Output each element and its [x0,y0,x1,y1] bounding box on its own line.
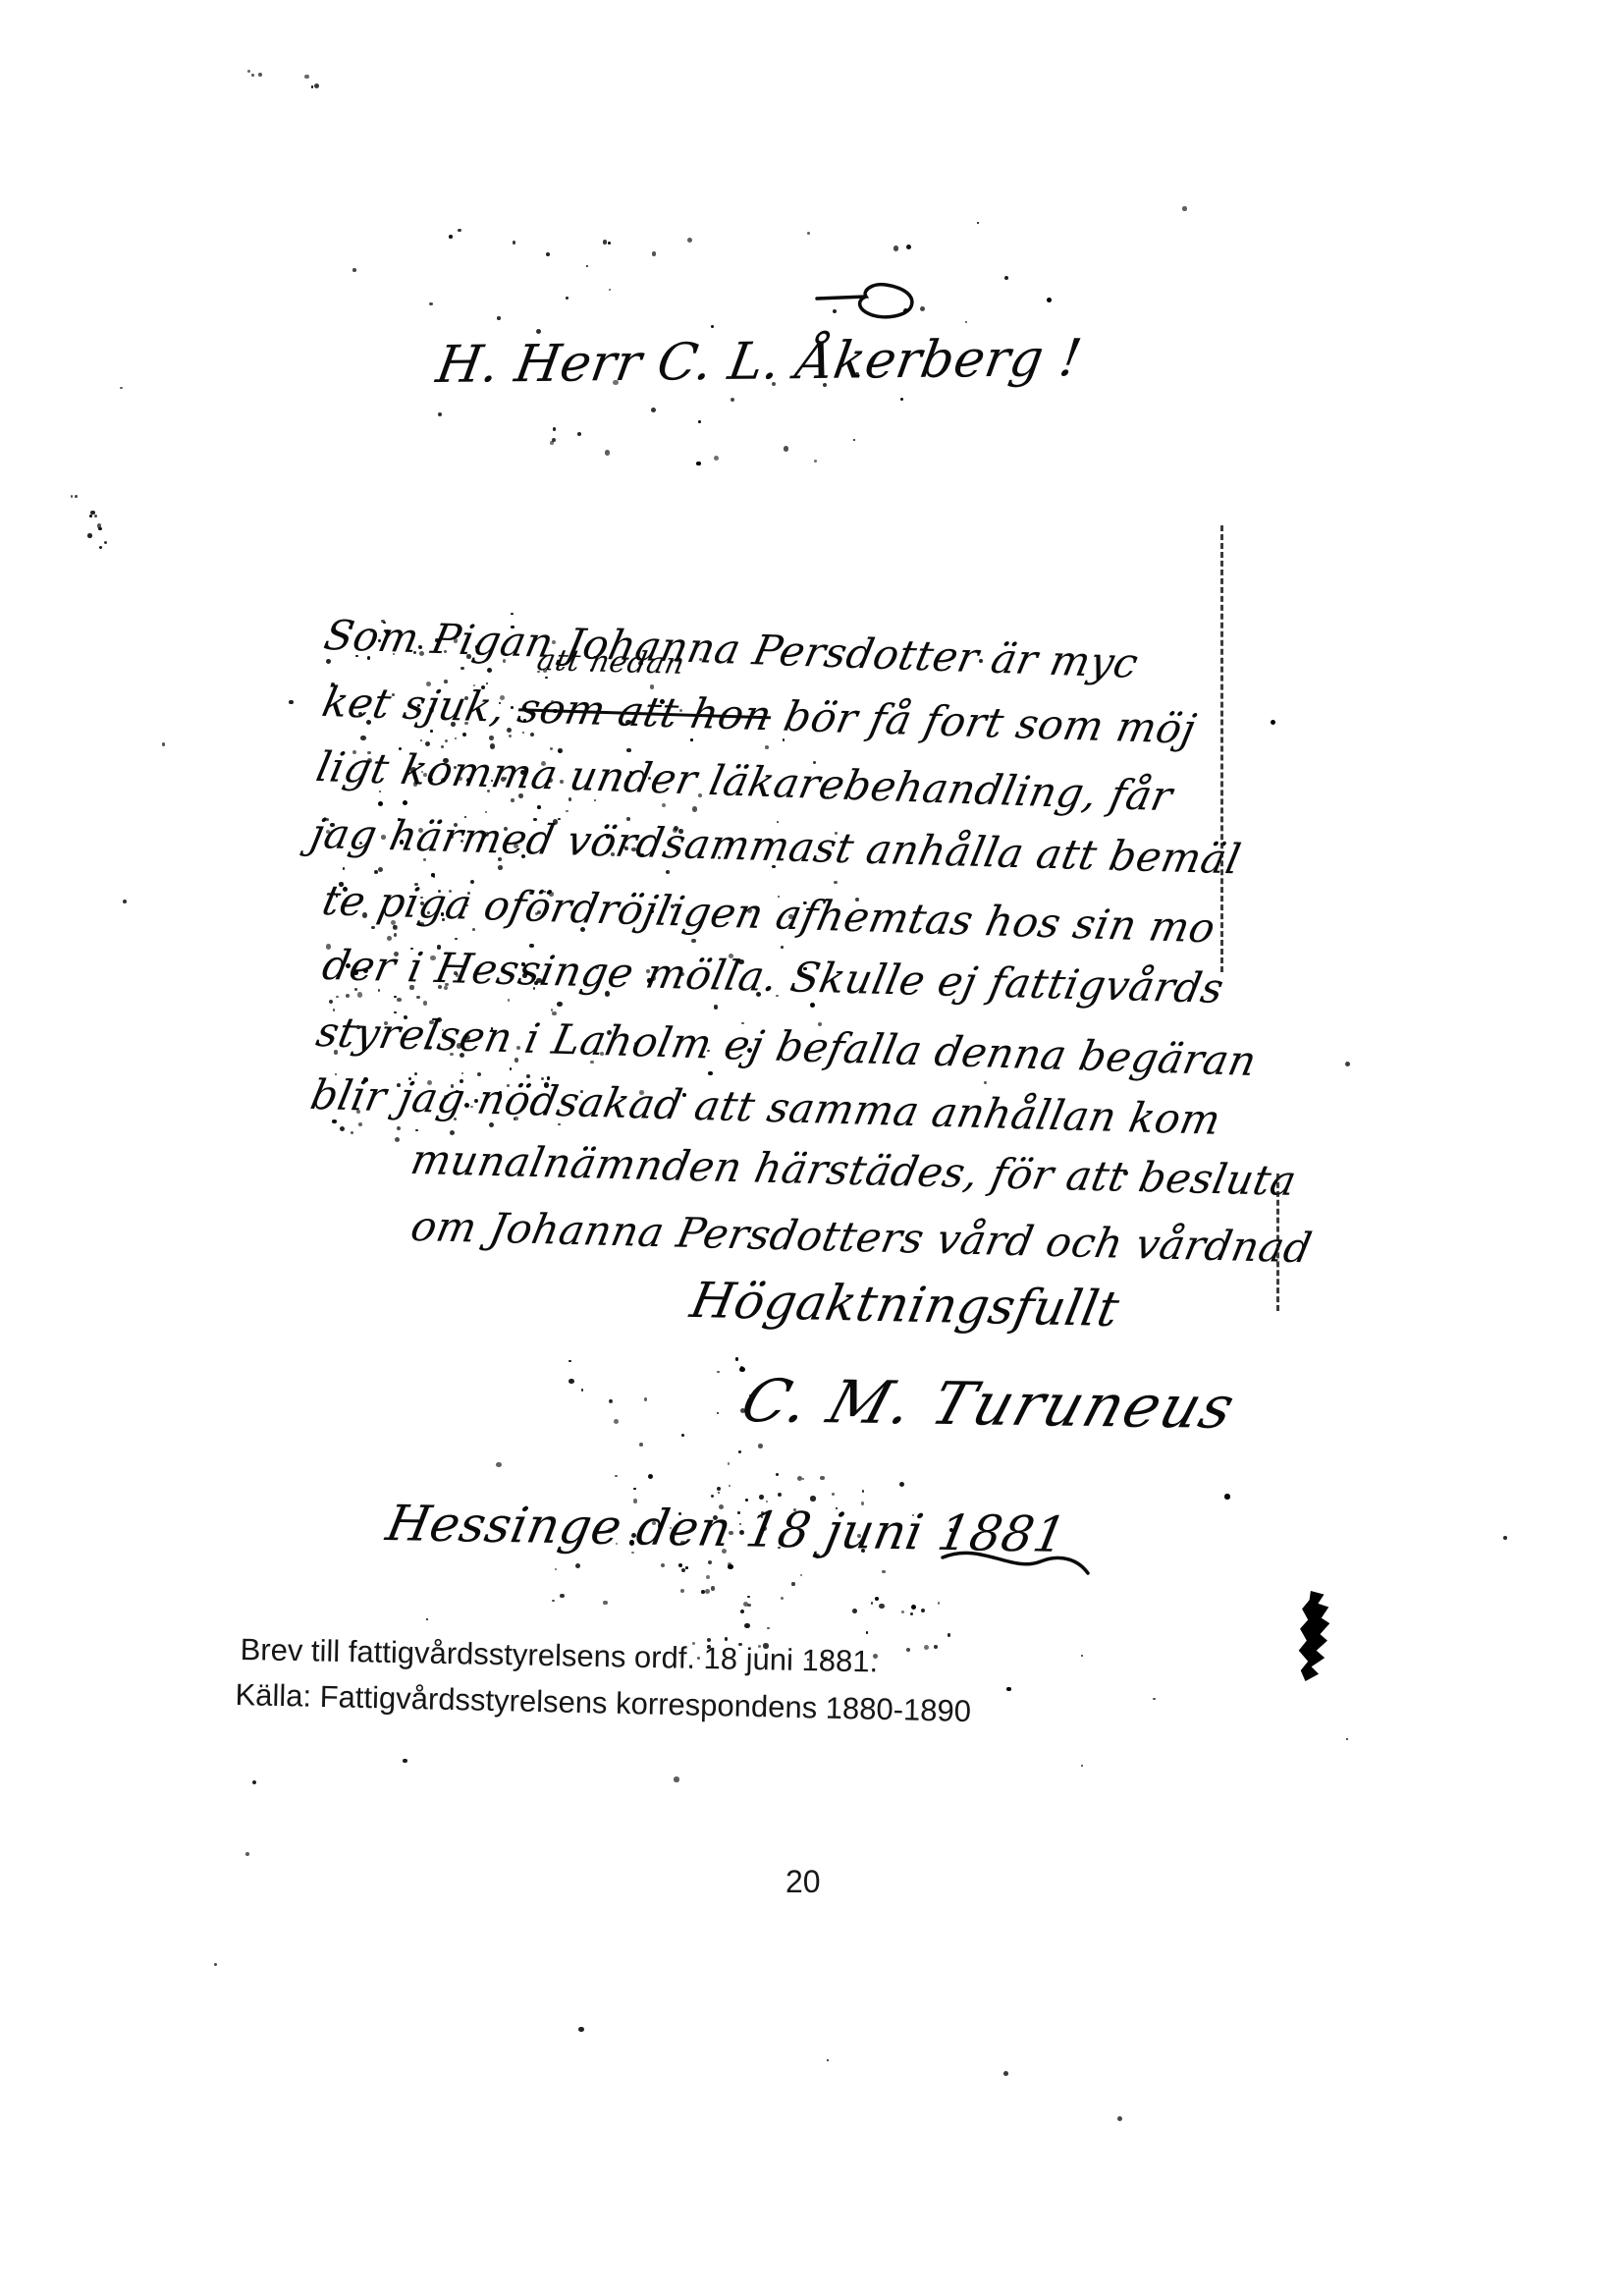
noise-speck [546,252,550,256]
noise-speck [356,1025,359,1028]
noise-speck [529,892,532,895]
noise-speck [331,683,335,686]
noise-speck [1006,1687,1010,1691]
noise-speck [793,1508,796,1511]
noise-speck [526,1074,530,1078]
noise-speck [104,541,107,544]
noise-speck [810,1496,815,1501]
letter-line: om Johanna Persdotters vård och vårdnad [411,1202,1312,1272]
caption-line-1: Brev till fattigvårdsstyrelsens ordf. 18… [240,1632,878,1679]
noise-speck [370,630,372,632]
noise-speck [352,766,354,769]
noise-speck [558,1114,560,1116]
noise-speck [464,696,468,700]
noise-speck [352,268,355,271]
noise-speck [711,1586,715,1590]
noise-speck [522,973,527,978]
noise-speck [711,1495,714,1498]
noise-speck [94,515,97,518]
noise-speck [508,999,510,1001]
noise-speck [449,235,453,239]
noise-speck [429,1020,434,1025]
noise-speck [924,1645,929,1650]
noise-speck [397,1083,401,1087]
noise-speck [460,1053,464,1058]
noise-speck [99,546,102,549]
noise-speck [457,1043,461,1048]
noise-speck [98,527,102,531]
noise-speck [557,1002,562,1007]
noise-speck [807,1659,809,1661]
noise-speck [505,777,507,779]
noise-speck [614,1419,619,1424]
noise-speck [360,736,365,740]
noise-speck [510,1067,513,1070]
noise-speck [638,661,643,666]
noise-speck [462,733,466,737]
noise-speck [394,933,398,937]
line-2-pre: ket sjuk, [318,678,523,732]
noise-speck [330,823,334,827]
noise-speck [1346,1738,1348,1740]
noise-speck [404,1015,407,1019]
letter-line: te piga ofördröjligen afhemtas hos sin m… [322,876,1216,953]
noise-speck [443,758,448,763]
noise-speck [882,1570,886,1574]
noise-speck [626,817,630,821]
noise-speck [650,909,654,913]
noise-speck [920,306,925,311]
noise-speck [533,987,535,989]
noise-speck [911,1605,916,1610]
noise-speck [378,989,381,992]
noise-speck [516,1046,520,1050]
noise-speck [815,1554,820,1558]
noise-speck [458,229,461,233]
noise-speck [403,1759,406,1763]
noise-speck [410,948,413,951]
noise-speck [251,74,254,77]
noise-speck [747,908,752,913]
noise-speck [333,1009,335,1010]
noise-speck [800,1574,802,1576]
noise-speck [425,741,430,746]
noise-speck [355,655,358,658]
noise-speck [629,771,632,774]
scan-artifact-dashed-line [1220,525,1223,972]
noise-speck [433,876,436,879]
noise-speck [934,1645,938,1649]
noise-speck [511,626,514,628]
noise-speck [832,1493,835,1496]
noise-speck [544,891,546,893]
noise-speck [717,1487,722,1492]
noise-speck [346,963,351,968]
noise-speck [740,1408,745,1413]
noise-speck [420,739,422,741]
noise-speck [1153,1698,1156,1701]
noise-speck [899,1482,904,1487]
noise-speck [358,1122,362,1126]
noise-speck [89,515,92,518]
noise-speck [314,83,319,88]
noise-speck [606,835,610,839]
noise-speck [763,1643,768,1648]
noise-speck [387,936,392,941]
noise-speck [718,1492,720,1494]
noise-speck [486,683,488,684]
noise-speck [521,854,525,858]
noise-speck [445,739,448,742]
noise-speck [553,427,557,431]
noise-speck [537,671,539,673]
noise-speck [711,325,714,328]
noise-speck [603,1601,607,1605]
noise-speck [640,853,643,856]
noise-speck [912,1514,914,1516]
noise-speck [575,1563,580,1568]
noise-speck [498,865,503,870]
noise-speck [514,1058,518,1062]
noise-speck [511,613,514,616]
noise-speck [513,241,515,244]
noise-speck [671,904,675,908]
noise-speck [901,1611,903,1612]
noise-speck [608,242,611,245]
noise-speck [398,818,401,821]
noise-speck [873,1654,878,1659]
line-2-post: bör få fort som möj [766,691,1200,752]
noise-speck [553,819,558,824]
noise-speck [358,712,362,716]
noise-speck [609,1399,613,1403]
noise-speck [356,1110,360,1114]
letter-line: jag härmed vördsammast anhålla att bemäl [311,809,1241,883]
noise-speck [696,462,701,466]
noise-speck [326,944,331,949]
noise-speck [984,1081,987,1084]
noise-speck [802,1478,805,1481]
noise-speck [791,1582,794,1585]
noise-speck [855,372,859,376]
noise-speck [75,495,78,498]
noise-speck [1117,2116,1122,2121]
noise-speck [534,1098,537,1101]
noise-speck [497,316,501,320]
noise-speck [487,790,490,792]
noise-speck [568,1360,571,1363]
noise-speck [644,1397,647,1400]
noise-speck [537,910,541,914]
noise-speck [541,761,546,766]
noise-speck [1271,720,1275,725]
letter-salutation-text: H. Herr C. L. Åkerberg ! [432,329,1086,395]
noise-speck [410,767,415,772]
noise-speck [568,1379,573,1384]
noise-speck [555,1568,557,1570]
noise-speck [1182,206,1186,210]
noise-speck [335,1073,337,1075]
noise-speck [625,720,630,725]
noise-speck [454,971,458,975]
noise-speck [394,952,399,956]
noise-speck [803,967,807,971]
noise-speck [460,667,463,670]
noise-speck [648,1474,653,1479]
dateline-flourish [943,1540,1090,1584]
noise-speck [470,1106,473,1109]
noise-speck [351,973,354,977]
noise-speck [511,706,514,709]
noise-speck [214,1963,217,1966]
noise-speck [827,2059,829,2061]
noise-speck [417,704,419,706]
noise-speck [921,1609,925,1612]
noise-speck [392,693,395,696]
noise-speck [454,823,458,827]
noise-speck [613,380,618,385]
noise-speck [651,408,656,412]
noise-speck [311,85,313,87]
noise-speck [717,1412,719,1414]
noise-speck [566,810,568,812]
noise-speck [346,994,350,998]
noise-speck [633,1499,637,1502]
noise-speck [744,1623,749,1628]
noise-speck [685,1566,688,1569]
noise-speck [409,985,413,989]
noise-speck [353,970,358,975]
noise-speck [729,954,733,958]
noise-speck [549,892,553,896]
noise-speck [871,1602,873,1604]
noise-speck [678,1563,682,1567]
noise-speck [765,745,769,749]
noise-speck [600,1052,604,1056]
noise-speck [729,1531,733,1536]
noise-speck [530,733,534,737]
noise-speck [429,707,434,712]
caption-line-2: Källa: Fattigvårdsstyrelsens korresponde… [235,1677,971,1729]
noise-speck [523,719,526,722]
noise-speck [378,801,383,806]
noise-speck [738,1450,741,1453]
noise-speck [650,684,654,688]
noise-speck [661,1563,665,1567]
noise-speck [852,1609,857,1613]
noise-speck [965,321,967,323]
noise-speck [681,1434,684,1437]
noise-speck [352,750,356,754]
noise-speck [977,222,980,225]
noise-speck [460,840,463,843]
noise-speck [536,978,541,983]
noise-speck [467,892,470,895]
noise-speck [739,1367,744,1372]
noise-speck [357,992,362,997]
noise-speck [853,439,855,441]
noise-speck [511,798,514,801]
noise-speck [615,1475,618,1478]
noise-speck [855,898,859,901]
noise-speck [687,238,692,243]
noise-speck [560,1594,565,1599]
noise-speck [385,629,390,634]
noise-speck [496,1462,501,1467]
noise-speck [647,978,651,982]
noise-speck [646,969,650,973]
noise-speck [455,938,457,940]
noise-speck [783,738,785,740]
noise-speck [529,944,533,948]
ink-smudge-stamp [1298,1591,1331,1681]
noise-speck [552,1600,555,1603]
noise-speck [834,881,838,885]
noise-speck [71,495,73,497]
noise-speck [383,622,385,624]
noise-speck [608,1528,613,1533]
noise-speck [499,1091,502,1094]
noise-speck [781,1597,784,1600]
noise-speck [776,1473,780,1477]
noise-speck [698,420,701,423]
noise-speck [489,736,494,740]
noise-speck [741,1022,744,1025]
noise-speck [547,1076,551,1080]
noise-speck [674,1776,678,1781]
letter-line: munalnämnden härstädes, för att besluta [411,1135,1297,1205]
noise-speck [697,1657,700,1660]
noise-speck [414,883,417,886]
noise-speck [810,1003,815,1008]
noise-speck [381,835,385,839]
noise-speck [427,1080,432,1085]
letter-line: blir jag nödsakad att samma anhållan kom [311,1070,1221,1144]
noise-speck [717,1371,720,1374]
noise-speck [893,246,898,250]
noise-speck [444,680,447,683]
noise-speck [701,1590,705,1594]
noise-speck [162,742,166,746]
noise-speck [866,1631,868,1633]
noise-speck [429,302,432,305]
noise-speck [577,432,581,436]
noise-speck [521,962,525,966]
noise-speck [629,1540,634,1545]
noise-speck [784,446,788,451]
noise-speck [536,329,541,334]
noise-speck [1123,1171,1128,1175]
noise-speck [590,1061,593,1064]
noise-speck [740,1610,744,1613]
noise-speck [473,684,475,686]
noise-speck [705,1589,710,1594]
noise-speck [336,996,339,999]
noise-speck [336,895,338,897]
noise-speck [814,460,818,464]
noise-speck [437,1017,442,1022]
noise-speck [824,1657,827,1660]
noise-speck [609,289,612,292]
noise-speck [1345,1062,1350,1066]
noise-speck [633,1488,636,1491]
noise-speck [1047,298,1052,302]
noise-speck [778,1493,782,1497]
noise-speck [708,1071,713,1076]
noise-speck [465,904,467,906]
noise-speck [1081,1765,1084,1768]
noise-speck [861,1502,864,1504]
noise-speck [568,797,571,800]
noise-speck [938,1602,940,1604]
noise-speck [415,1129,418,1132]
letter-signature: C. M. Turuneus [743,1367,1234,1443]
noise-speck [466,654,470,658]
noise-speck [681,1568,685,1572]
noise-speck [120,387,122,389]
noise-speck [1003,2071,1008,2076]
noise-speck [258,73,262,77]
noise-speck [481,685,485,689]
noise-speck [835,832,838,835]
noise-speck [605,450,610,455]
noise-speck [550,441,554,445]
noise-speck [252,1780,256,1784]
noise-speck [447,702,450,705]
noise-speck [725,1637,729,1641]
noise-speck [500,695,505,700]
noise-speck [680,972,684,976]
noise-speck [631,847,635,851]
noise-speck [586,265,588,267]
noise-speck [781,946,784,949]
noise-speck [340,1126,345,1131]
noise-speck [397,998,402,1003]
ink-doodle-loop [815,273,923,327]
noise-speck [758,1444,763,1448]
noise-speck [708,1560,712,1564]
noise-speck [487,668,492,673]
noise-speck [947,1633,950,1636]
letter-line: Som Pigan Johanna Persdotter är myc [324,611,1138,687]
noise-speck [426,1618,428,1620]
letter-closing: Högaktningsfullt [691,1272,1119,1338]
noise-speck [537,805,541,809]
noise-speck [906,1648,910,1652]
noise-speck [761,1511,764,1514]
noise-speck [580,1090,583,1093]
noise-speck [772,865,776,869]
noise-speck [1004,276,1008,280]
noise-speck [1224,1494,1229,1499]
noise-speck [735,1357,739,1361]
noise-speck [423,1001,428,1006]
noise-speck [289,700,293,704]
noise-speck [879,1604,884,1609]
noise-speck [413,782,417,786]
noise-speck [454,766,457,769]
noise-speck [371,926,375,930]
noise-speck [788,914,792,918]
noise-speck [451,722,456,727]
noise-speck [438,412,442,416]
noise-speck [533,818,536,821]
noise-speck [639,1443,643,1447]
noise-speck [423,858,425,860]
noise-speck [900,398,903,401]
noise-speck [378,639,381,642]
noise-speck [339,882,343,886]
